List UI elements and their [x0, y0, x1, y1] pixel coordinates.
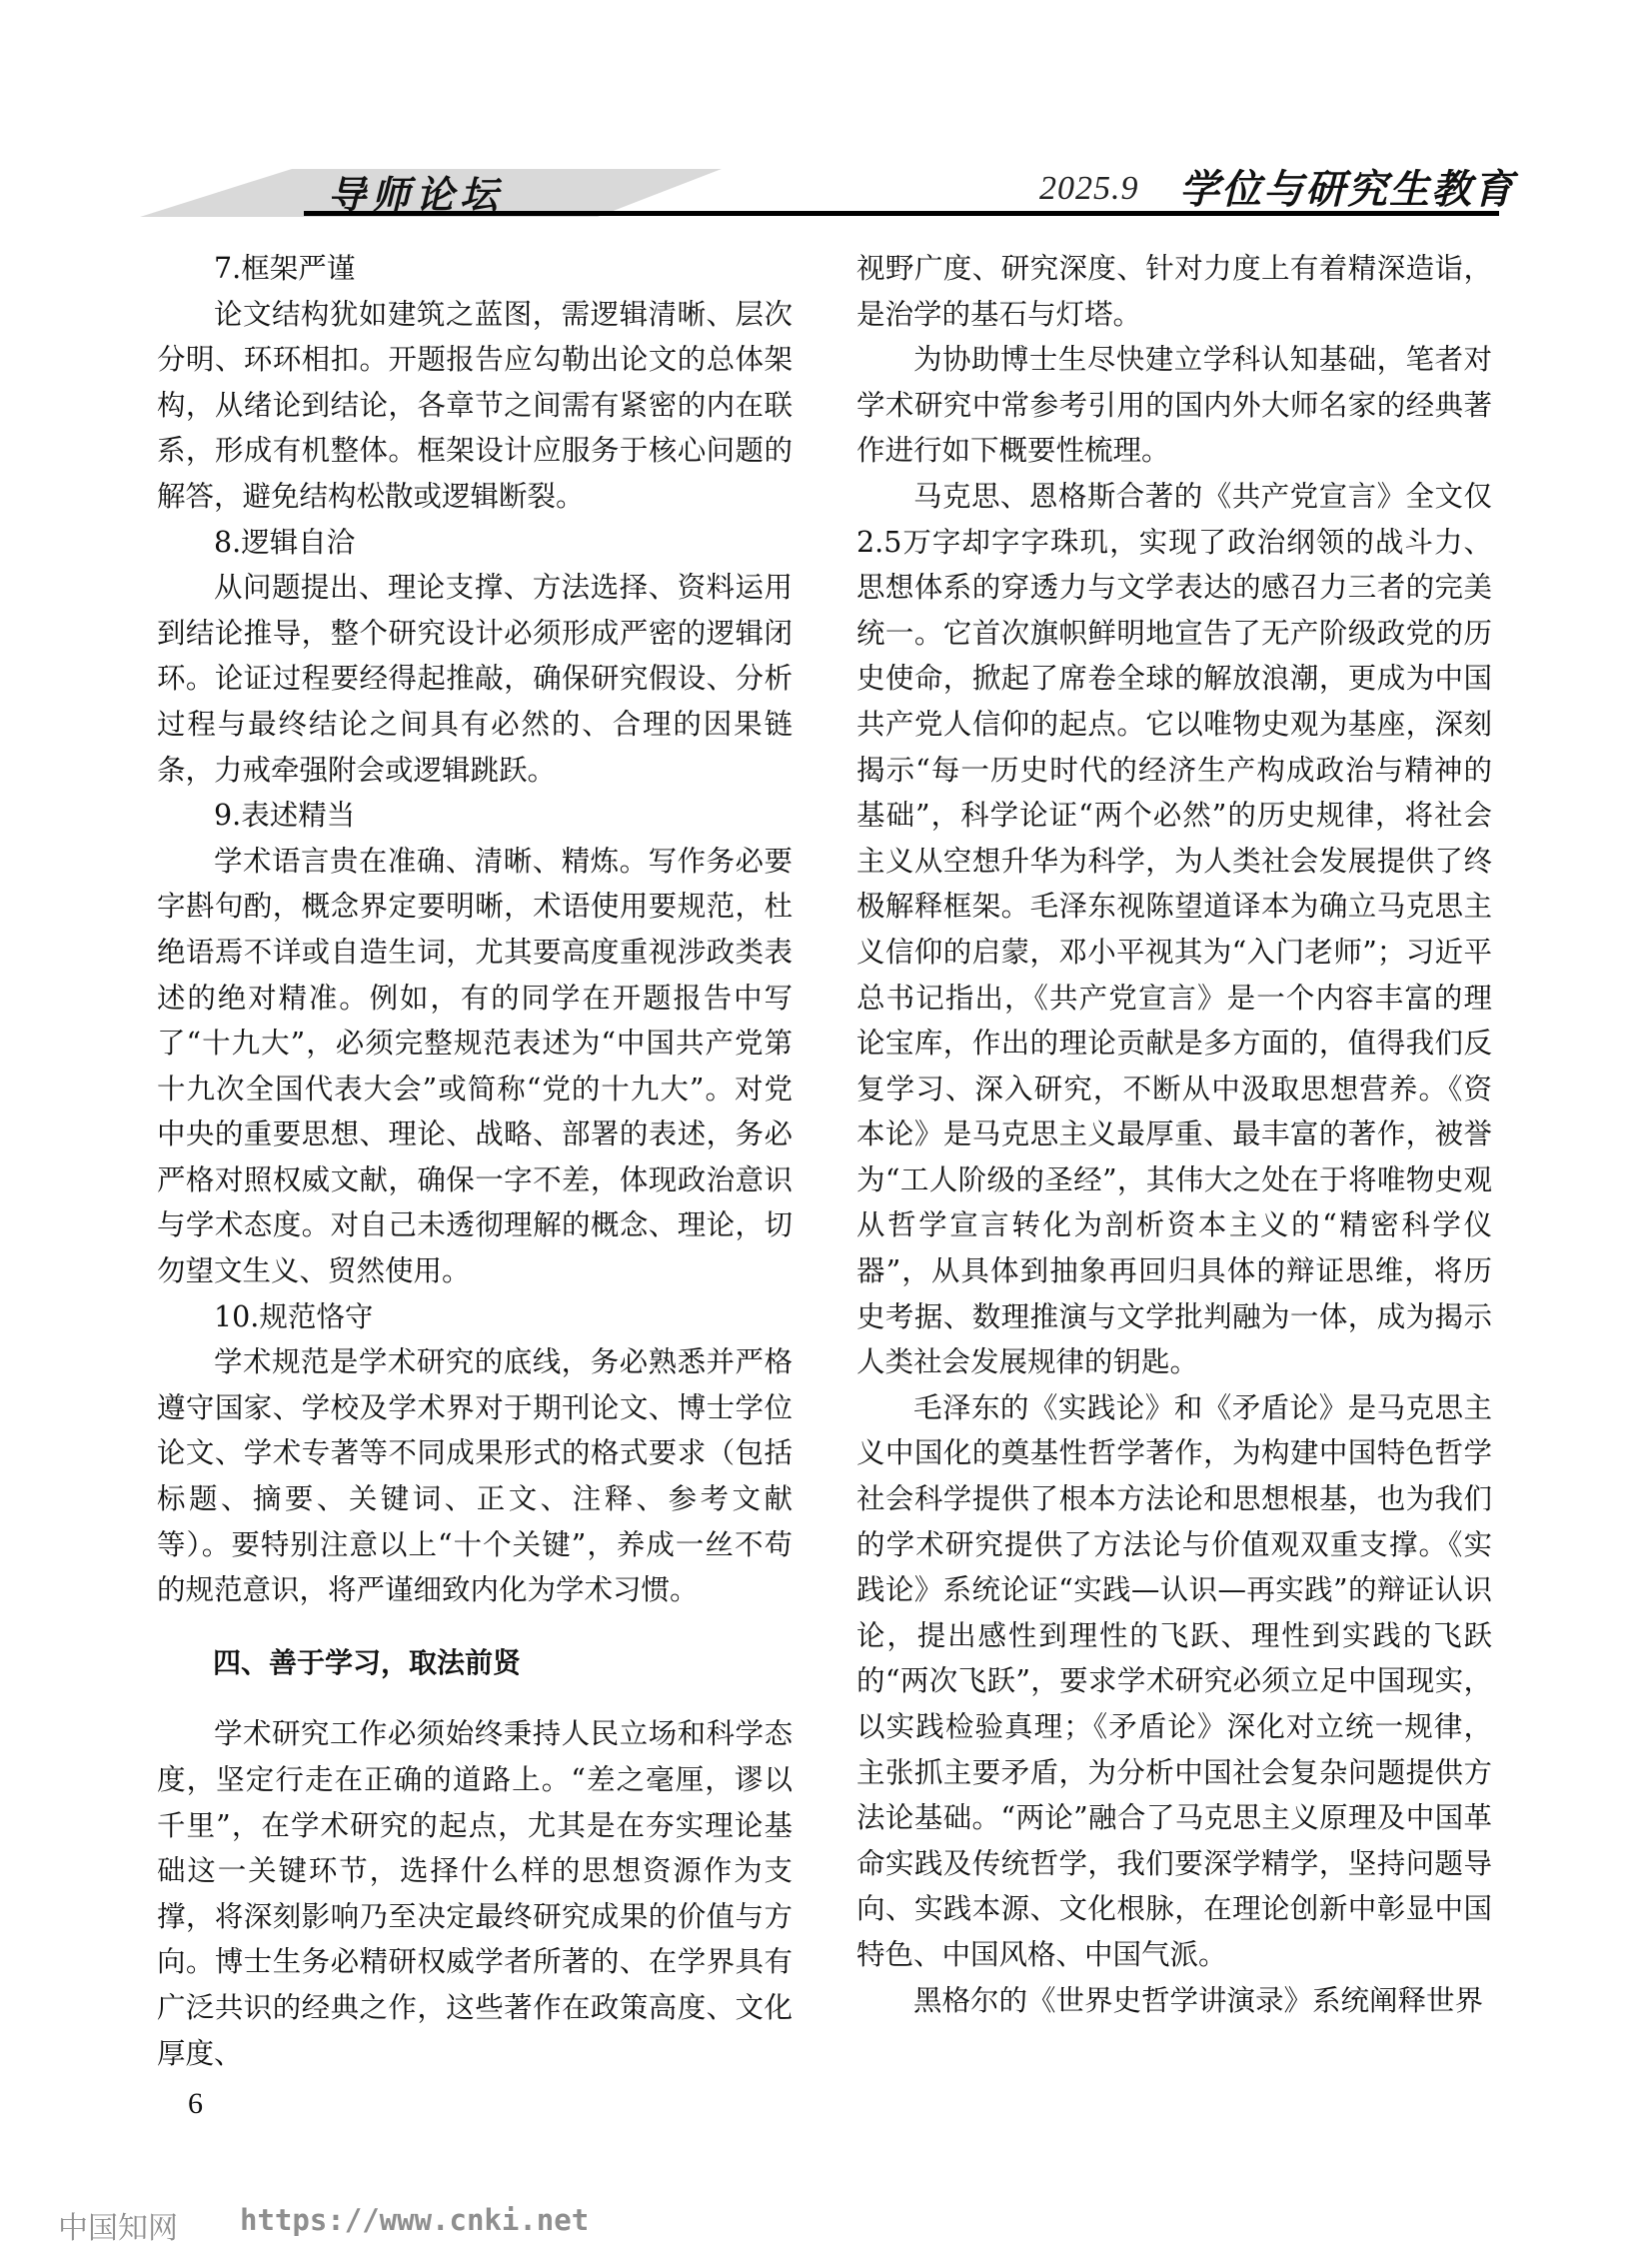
paragraph: 为协助博士生尽快建立学科认知基础，笔者对学术研究中常参考引用的国内外大师名家的经… [856, 337, 1492, 474]
issue-number: 2025.9 [1039, 170, 1139, 208]
paragraph-continuation: 视野广度、研究深度、针对力度上有着精深造诣，是治学的基石与灯塔。 [856, 246, 1492, 337]
section-heading: 四、善于学习，取法前贤 [157, 1640, 793, 1686]
watermark-url[interactable]: https://www.cnki.net [240, 2203, 589, 2237]
journal-page: 导师论坛 2025.9 学位与研究生教育 7.框架严谨 论文结构犹如建筑之蓝图，… [0, 0, 1652, 2244]
page-number: 6 [188, 2087, 203, 2121]
left-column: 7.框架严谨 论文结构犹如建筑之蓝图，需逻辑清晰、层次分明、环环相扣。开题报告应… [157, 246, 793, 2076]
paragraph: 学术规范是学术研究的底线，务必熟悉并严格遵守国家、学校及学术界对于期刊论文、博士… [157, 1339, 793, 1613]
subheading-expression: 9.表述精当 [157, 793, 793, 839]
paragraph: 马克思、恩格斯合著的《共产党宣言》全文仅2.5万字却字字珠玑，实现了政治纲领的战… [856, 474, 1492, 1385]
journal-name: 学位与研究生教育 [1179, 158, 1515, 215]
paragraph: 从问题提出、理论支撑、方法选择、资料运用到结论推导，整个研究设计必须形成严密的逻… [157, 565, 793, 793]
right-column: 视野广度、研究深度、针对力度上有着精深造诣，是治学的基石与灯塔。 为协助博士生尽… [856, 246, 1492, 2023]
column-title: 导师论坛 [328, 164, 504, 219]
paragraph: 学术研究工作必须始终秉持人民立场和科学态度，坚定行走在正确的道路上。“差之毫厘，… [157, 1711, 793, 2076]
watermark-name: 中国知网 [58, 2203, 178, 2244]
subheading-norms: 10.规范恪守 [157, 1294, 793, 1340]
paragraph: 学术语言贵在准确、清晰、精炼。写作务必要字斟句酌，概念界定要明晰，术语使用要规范… [157, 839, 793, 1294]
header-banner [0, 0, 1652, 260]
paragraph: 毛泽东的《实践论》和《矛盾论》是马克思主义中国化的奠基性哲学著作，为构建中国特色… [856, 1385, 1492, 1978]
paragraph: 论文结构犹如建筑之蓝图，需逻辑清晰、层次分明、环环相扣。开题报告应勾勒出论文的总… [157, 292, 793, 520]
subheading-logic: 8.逻辑自洽 [157, 520, 793, 566]
subheading-framework: 7.框架严谨 [157, 246, 793, 292]
paragraph: 黑格尔的《世界史哲学讲演录》系统阐释世界 [856, 1978, 1492, 2024]
